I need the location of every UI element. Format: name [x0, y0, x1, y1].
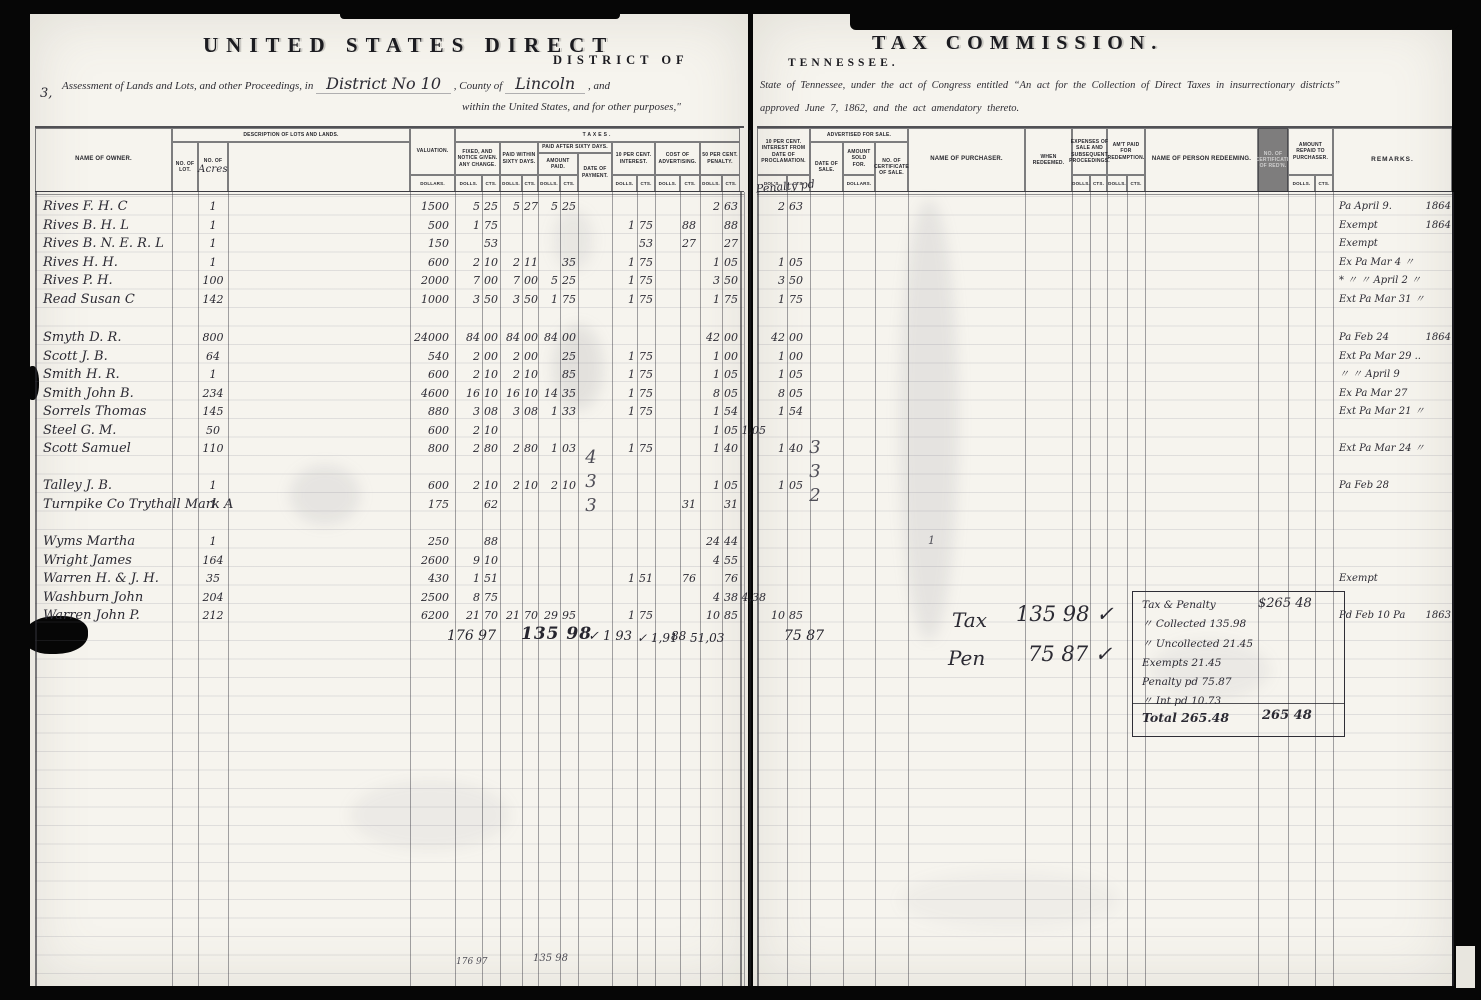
- penalty-cts: 76: [722, 570, 740, 589]
- pen-note-label: Pen: [948, 646, 985, 670]
- amount-paid-dolls: 1: [538, 403, 560, 422]
- interest-dolls: 1: [612, 291, 637, 310]
- lot-cell: [172, 496, 198, 515]
- remark-year: 1864: [1426, 217, 1451, 236]
- advertising-dolls: [655, 533, 680, 552]
- valuation-cell: 2600: [410, 552, 455, 571]
- description-cell: [228, 477, 410, 496]
- tax-fixed-cts: 08: [482, 403, 500, 422]
- acres-handwritten: Acres: [198, 164, 228, 177]
- paid-within-dolls: 2: [500, 348, 522, 367]
- col-header-date-of-payment: DATE OF PAYMENT.: [578, 153, 612, 192]
- total-paid: 135 98: [521, 624, 592, 644]
- pencil-digit: 4: [578, 446, 604, 470]
- amount-paid-cts: 95: [560, 607, 578, 626]
- col-header-purchaser: NAME OF PURCHASER.: [908, 128, 1025, 192]
- advertising-cts: [680, 552, 700, 571]
- remarks-cell: Ext Pa Mar 21 〃: [1337, 403, 1455, 422]
- paid-within-dolls: [500, 235, 522, 254]
- col-header-amount-paid: AMOUNT PAID.: [538, 153, 578, 175]
- paid-within-cts: [522, 533, 538, 552]
- col-header-cert-of-redemption: No. OF CERTIFICATE OF RED'N.: [1258, 128, 1288, 192]
- amount-paid-dolls: [538, 254, 560, 273]
- tax-fixed-dolls: 5: [455, 198, 482, 217]
- interest-cts: [637, 198, 655, 217]
- penalty-dolls: 1: [700, 291, 722, 310]
- district-fill-in: District No 10: [316, 74, 451, 94]
- col-header-valuation: VALUATION.: [410, 128, 455, 175]
- description-cell: [228, 348, 410, 367]
- interest-cts: 75: [637, 254, 655, 273]
- acres-cell: 1: [198, 366, 228, 385]
- tax-fixed-dolls: [455, 533, 482, 552]
- penalty-cts: 54: [722, 403, 740, 422]
- pencil-bottom-total-2: 135 98: [533, 953, 568, 964]
- interest-cts: [637, 589, 655, 608]
- unit-cts: Cts.: [680, 175, 700, 192]
- interest-proclamation-cts: 75: [787, 291, 810, 310]
- advertising-cts: [680, 291, 700, 310]
- penalty-dolls: 24: [700, 533, 722, 552]
- ledger-row: Smith John B. 234 4600 16 10 16 10 14 35…: [35, 385, 1455, 404]
- film-edge-right: [1452, 0, 1481, 1000]
- advertising-cts: [680, 198, 700, 217]
- tax-fixed-cts: 51: [482, 570, 500, 589]
- amount-paid-dolls: [538, 533, 560, 552]
- unit-dolls: Dolls.: [1288, 175, 1315, 192]
- interest-proclamation-cts: 05: [787, 254, 810, 273]
- col-header-name-of-owner: NAME OF OWNER.: [35, 128, 172, 192]
- unit-cts: Cts.: [722, 175, 740, 192]
- ledger-row: Rives B. H. L 1 500 1 75 1 75 88 88 Exem…: [35, 217, 1455, 236]
- advertising-dolls: [655, 217, 680, 236]
- ledger-row: Rives P. H. 100 2000 7 00 7 00 5 25 1 75…: [35, 272, 1455, 291]
- tax-fixed-cts: 00: [482, 329, 500, 348]
- interest-cts: 51: [637, 570, 655, 589]
- interest-dolls: 1: [612, 254, 637, 273]
- pencil-row-mark: 1: [928, 534, 935, 547]
- page-gap: [740, 198, 757, 217]
- middle-columns-blank: [810, 552, 1337, 571]
- advertising-dolls: [655, 385, 680, 404]
- ledger-row: Steel G. M. 50 600 2 10 1 05 1,05: [35, 422, 1455, 441]
- advertising-dolls: [655, 235, 680, 254]
- interest-dolls: 1: [612, 366, 637, 385]
- remarks-cell: [1337, 422, 1455, 441]
- lot-cell: [172, 217, 198, 236]
- amount-paid-cts: 03: [560, 440, 578, 459]
- date-of-payment-cell: [578, 348, 612, 367]
- tax-fixed-dolls: 2: [455, 477, 482, 496]
- page-gap: [740, 589, 757, 608]
- advertising-cts: [680, 385, 700, 404]
- paid-within-dolls: [500, 589, 522, 608]
- remark-year: 1864: [1426, 329, 1451, 348]
- page-gap: [740, 440, 757, 459]
- date-of-payment-cell: [578, 217, 612, 236]
- advertising-cts: [680, 348, 700, 367]
- penalty-dolls: 4: [700, 589, 722, 608]
- page-gap: [740, 366, 757, 385]
- tax-fixed-cts: 70: [482, 607, 500, 626]
- valuation-cell: 2500: [410, 589, 455, 608]
- advertising-dolls: [655, 329, 680, 348]
- ledger-row: Rives F. H. C 1 1500 5 25 5 27 5 25 2 63…: [35, 198, 1455, 217]
- ledger-row: Smyth D. R. 800 24000 84 00 84 00 84 00 …: [35, 329, 1455, 348]
- description-cell: [228, 291, 410, 310]
- remark-text: Ext Pa Mar 31 〃: [1339, 291, 1425, 310]
- remarks-cell: Ext Pa Mar 31 〃: [1337, 291, 1455, 310]
- valuation-cell: 175: [410, 496, 455, 515]
- paid-within-cts: 00: [522, 348, 538, 367]
- unit-dolls: Dolls.: [1072, 175, 1090, 192]
- description-cell: [228, 385, 410, 404]
- penalty-cts: 05 1,05: [722, 422, 740, 441]
- tax-fixed-dolls: 9: [455, 552, 482, 571]
- remarks-cell: [1337, 589, 1455, 608]
- owner-name-cell: Scott Samuel: [35, 440, 172, 459]
- description-cell: [228, 533, 410, 552]
- amount-paid-dolls: 1: [538, 440, 560, 459]
- interest-proclamation-cts: [787, 533, 810, 552]
- advertising-cts: [680, 533, 700, 552]
- remark-text: Pa April 9.: [1339, 198, 1392, 217]
- acres-cell: 204: [198, 589, 228, 608]
- tax-fixed-dolls: 16: [455, 385, 482, 404]
- interest-cts: 75: [637, 403, 655, 422]
- col-unit-dollars: Dollars.: [410, 175, 455, 192]
- remark-text: Ex Pa Mar 4 〃: [1339, 254, 1414, 273]
- penalty-cts: 38 4,38: [722, 589, 740, 608]
- remarks-cell: Exempt 1864: [1337, 217, 1455, 236]
- owner-name-cell: Rives B. H. L: [35, 217, 172, 236]
- middle-columns-blank: [810, 329, 1337, 348]
- page-gap: [740, 235, 757, 254]
- lot-cell: [172, 385, 198, 404]
- interest-dolls: 1: [612, 607, 637, 626]
- owner-name-cell: Talley J. B.: [35, 477, 172, 496]
- paid-within-dolls: [500, 217, 522, 236]
- remark-text: Pa Feb 28: [1339, 477, 1389, 496]
- acres-cell: 164: [198, 552, 228, 571]
- tax-note-value: 135 98 ✓: [1016, 602, 1114, 626]
- ledger-group-2: Smyth D. R. 800 24000 84 00 84 00 84 00 …: [35, 329, 1455, 459]
- page-gap: [740, 254, 757, 273]
- advertising-dolls: [655, 552, 680, 571]
- acres-cell: 1: [198, 477, 228, 496]
- ledger-row: Wright James 164 2600 9 10 4 55: [35, 552, 1455, 571]
- penalty-cts: 44: [722, 533, 740, 552]
- interest-cts: [637, 496, 655, 515]
- unit-cts: Cts.: [482, 175, 500, 192]
- paid-within-cts: [522, 422, 538, 441]
- page-gap: [740, 533, 757, 552]
- ledger-row: Scott Samuel 110 800 2 80 2 80 1 03 1 75…: [35, 440, 1455, 459]
- ledger-group-1: Rives F. H. C 1 1500 5 25 5 27 5 25 2 63…: [35, 198, 1455, 309]
- remark-text: Exempt: [1339, 235, 1378, 254]
- interest-dolls: [612, 496, 637, 515]
- penalty-dolls: 42: [700, 329, 722, 348]
- amount-paid-dolls: [538, 422, 560, 441]
- penalty-dolls: [700, 235, 722, 254]
- acres-cell: 1: [198, 254, 228, 273]
- interest-proclamation-dolls: 1: [757, 440, 787, 459]
- col-header-taxes-group: TAXES.: [455, 128, 740, 142]
- tax-fixed-cts: 10: [482, 254, 500, 273]
- tax-note-label: Tax: [952, 608, 987, 632]
- acres-cell: 1: [198, 235, 228, 254]
- penalty-cts: 00: [722, 329, 740, 348]
- interest-cts: 75: [637, 607, 655, 626]
- middle-columns-blank: [810, 366, 1337, 385]
- advertising-cts: [680, 607, 700, 626]
- amount-paid-dolls: [538, 589, 560, 608]
- remarks-cell: Exempt: [1337, 235, 1455, 254]
- col-header-no-of-lot: No. OF LOT.: [172, 142, 198, 192]
- owner-name-cell: Rives H. H.: [35, 254, 172, 273]
- valuation-cell: 6200: [410, 607, 455, 626]
- interest-dolls: 1: [612, 440, 637, 459]
- interest-dolls: [612, 589, 637, 608]
- amount-paid-dolls: 29: [538, 607, 560, 626]
- total-date-col: ✓ 1 93: [588, 629, 632, 644]
- unit-cts: Cts.: [1315, 175, 1333, 192]
- tax-fixed-cts: 25: [482, 198, 500, 217]
- page-gap: [740, 477, 757, 496]
- preamble-printed-1: Assessment of Lands and Lots, and other …: [62, 80, 313, 92]
- middle-columns-blank: [810, 422, 1337, 441]
- acres-cell: 234: [198, 385, 228, 404]
- unit-cts: Cts.: [1090, 175, 1107, 192]
- middle-columns-blank: [810, 533, 1337, 552]
- unit-dolls: Dolls.: [500, 175, 522, 192]
- col-header-description-blank: [228, 142, 410, 192]
- description-cell: [228, 329, 410, 348]
- paid-within-cts: 10: [522, 385, 538, 404]
- penalty-cts: 63: [722, 198, 740, 217]
- ledger-row: Wyms Martha 1 250 88 24 44: [35, 533, 1455, 552]
- lot-cell: [172, 589, 198, 608]
- remarks-cell: Pa April 9. 1864: [1337, 198, 1455, 217]
- total-penalty: 51,03: [690, 631, 724, 645]
- amount-paid-cts: 33: [560, 403, 578, 422]
- page-gap: [740, 217, 757, 236]
- interest-dolls: 1: [612, 570, 637, 589]
- advertising-dolls: [655, 348, 680, 367]
- valuation-cell: 600: [410, 422, 455, 441]
- tax-fixed-cts: 10: [482, 422, 500, 441]
- interest-proclamation-dolls: 1: [757, 477, 787, 496]
- middle-columns-blank: [810, 477, 1337, 496]
- scanned-ledger-spread: UNITED STATES DIRECT DISTRICT OF 3, Asse…: [0, 0, 1481, 1000]
- description-cell: [228, 254, 410, 273]
- valuation-cell: 24000: [410, 329, 455, 348]
- margin-note: 3,: [40, 86, 52, 101]
- interest-proclamation-cts: 05: [787, 366, 810, 385]
- advertising-cts: 76: [680, 570, 700, 589]
- preamble-printed-2: , County of: [454, 80, 503, 92]
- page-gap: [740, 348, 757, 367]
- middle-columns-blank: [810, 348, 1337, 367]
- lot-cell: [172, 607, 198, 626]
- amount-paid-cts: 85: [560, 366, 578, 385]
- advertising-cts: [680, 589, 700, 608]
- penalty-dolls: 1: [700, 440, 722, 459]
- paid-within-cts: 08: [522, 403, 538, 422]
- amount-paid-dolls: [538, 235, 560, 254]
- interest-cts: [637, 533, 655, 552]
- amount-paid-cts: [560, 570, 578, 589]
- owner-name-cell: Smith H. R.: [35, 366, 172, 385]
- amount-paid-cts: 35: [560, 254, 578, 273]
- tax-fixed-dolls: 1: [455, 217, 482, 236]
- date-of-payment-cell: [578, 329, 612, 348]
- owner-name-cell: Warren H. & J. H.: [35, 570, 172, 589]
- paid-within-cts: 50: [522, 291, 538, 310]
- advertising-dolls: [655, 570, 680, 589]
- paid-within-dolls: [500, 533, 522, 552]
- tax-fixed-dolls: [455, 496, 482, 515]
- col-header-amount-repaid: AMOUNT REPAID TO PURCHASER.: [1288, 128, 1333, 175]
- remark-text: Exempt: [1339, 570, 1378, 589]
- lot-cell: [172, 235, 198, 254]
- interest-proclamation-dolls: [757, 496, 787, 515]
- middle-columns-blank: [810, 198, 1337, 217]
- valuation-cell: 4600: [410, 385, 455, 404]
- paid-within-cts: [522, 570, 538, 589]
- tax-fixed-dolls: 21: [455, 607, 482, 626]
- summary-line: 〃 Uncollected 21.45: [1142, 635, 1260, 654]
- middle-columns-blank: [810, 570, 1337, 589]
- remark-text: Exempt: [1339, 217, 1378, 236]
- col-header-cert-of-sale: No. OF CERTIFICATE OF SALE.: [875, 142, 908, 192]
- interest-proclamation-dolls: [757, 235, 787, 254]
- tax-fixed-cts: 10: [482, 385, 500, 404]
- remark-year: 1864: [1426, 198, 1451, 217]
- interest-dolls: [612, 533, 637, 552]
- penalty-dolls: [700, 217, 722, 236]
- left-preamble-line2: within the United States, and for other …: [462, 101, 681, 113]
- pencil-tally-left: 433: [578, 446, 604, 518]
- penalty-dolls: 8: [700, 385, 722, 404]
- middle-columns-blank: [810, 272, 1337, 291]
- amount-paid-dolls: [538, 217, 560, 236]
- interest-proclamation-dolls: 8: [757, 385, 787, 404]
- date-of-payment-cell: [578, 235, 612, 254]
- col-header-no-of-acres: No. OF Acres: [198, 142, 228, 192]
- total-tax-fixed: 176 97: [447, 628, 496, 644]
- interest-cts: [637, 477, 655, 496]
- penalty-cts: 05: [722, 477, 740, 496]
- penalty-dolls: 1: [700, 254, 722, 273]
- tax-fixed-cts: 53: [482, 235, 500, 254]
- interest-dolls: [612, 235, 637, 254]
- penalty-dolls: 4: [700, 552, 722, 571]
- remarks-cell: Ext Pa Mar 24 〃: [1337, 440, 1455, 459]
- remark-text: Pa Feb 24: [1339, 329, 1389, 348]
- amount-paid-cts: 10: [560, 477, 578, 496]
- penalty-dolls: [700, 496, 722, 515]
- amount-paid-cts: 25: [560, 198, 578, 217]
- middle-columns-blank: [810, 254, 1337, 273]
- total-penalty-right: 75 87: [784, 628, 824, 644]
- lot-cell: [172, 291, 198, 310]
- acres-cell: 1: [198, 533, 228, 552]
- paid-within-dolls: 3: [500, 291, 522, 310]
- pencil-digit: 3: [802, 436, 828, 460]
- advertising-dolls: [655, 440, 680, 459]
- film-edge-left: [0, 0, 30, 1000]
- unit-dolls: Dolls.: [1107, 175, 1127, 192]
- col-header-interest-proclamation: 10 PER CENT. INTEREST FROM DATE OF PROCL…: [757, 128, 810, 175]
- state-label: TENNESSEE.: [788, 57, 899, 69]
- tax-fixed-cts: 75: [482, 589, 500, 608]
- paid-within-cts: 11: [522, 254, 538, 273]
- date-of-payment-cell: [578, 552, 612, 571]
- description-cell: [228, 440, 410, 459]
- description-cell: [228, 422, 410, 441]
- tax-fixed-cts: 88: [482, 533, 500, 552]
- description-cell: [228, 366, 410, 385]
- lot-cell: [172, 533, 198, 552]
- penalty-cts: 27: [722, 235, 740, 254]
- col-header-paid-within: PAID WITHIN SIXTY DAYS.: [500, 142, 538, 175]
- advertising-dolls: [655, 422, 680, 441]
- owner-name-cell: Rives B. N. E. R. L: [35, 235, 172, 254]
- owner-name-cell: Wright James: [35, 552, 172, 571]
- col-header-amount-sold: AMOUNT SOLD FOR.: [843, 142, 875, 175]
- summary-line: Penalty pd 75.87: [1142, 673, 1260, 692]
- paid-within-dolls: 16: [500, 385, 522, 404]
- interest-dolls: 1: [612, 217, 637, 236]
- interest-proclamation-cts: [787, 235, 810, 254]
- paid-within-dolls: 2: [500, 366, 522, 385]
- pen-note-value: 75 87 ✓: [1028, 642, 1112, 666]
- amount-paid-cts: [560, 422, 578, 441]
- tax-fixed-cts: 10: [482, 552, 500, 571]
- interest-proclamation-cts: 85: [787, 607, 810, 626]
- interest-dolls: 1: [612, 272, 637, 291]
- right-page-title: TAX COMMISSION.: [872, 32, 1163, 55]
- tax-fixed-dolls: 1: [455, 570, 482, 589]
- acres-cell: 50: [198, 422, 228, 441]
- amount-paid-cts: 75: [560, 291, 578, 310]
- penalty-cts: 85: [722, 607, 740, 626]
- interest-cts: 75: [637, 366, 655, 385]
- interest-proclamation-cts: 50: [787, 272, 810, 291]
- owner-name-cell: Smyth D. R.: [35, 329, 172, 348]
- page-gap: [740, 329, 757, 348]
- amount-paid-cts: 00: [560, 329, 578, 348]
- tax-fixed-cts: 75: [482, 217, 500, 236]
- acres-cell: 35: [198, 570, 228, 589]
- lot-cell: [172, 403, 198, 422]
- ledger-row: Rives H. H. 1 600 2 10 2 11 35 1 75 1 05…: [35, 254, 1455, 273]
- middle-columns-blank: [810, 217, 1337, 236]
- date-of-payment-cell: [578, 607, 612, 626]
- interest-cts: [637, 552, 655, 571]
- pencil-bottom-total-1: 176 97: [456, 957, 488, 967]
- tax-fixed-cts: 00: [482, 348, 500, 367]
- interest-cts: 75: [637, 385, 655, 404]
- left-page-subtitle: DISTRICT OF: [553, 53, 689, 68]
- middle-columns-blank: [810, 440, 1337, 459]
- ledger-row: Read Susan C 142 1000 3 50 3 50 1 75 1 7…: [35, 291, 1455, 310]
- lot-cell: [172, 552, 198, 571]
- valuation-cell: 250: [410, 533, 455, 552]
- col-header-description-group: DESCRIPTION OF LOTS AND LANDS.: [172, 128, 410, 142]
- penalty-dolls: 10: [700, 607, 722, 626]
